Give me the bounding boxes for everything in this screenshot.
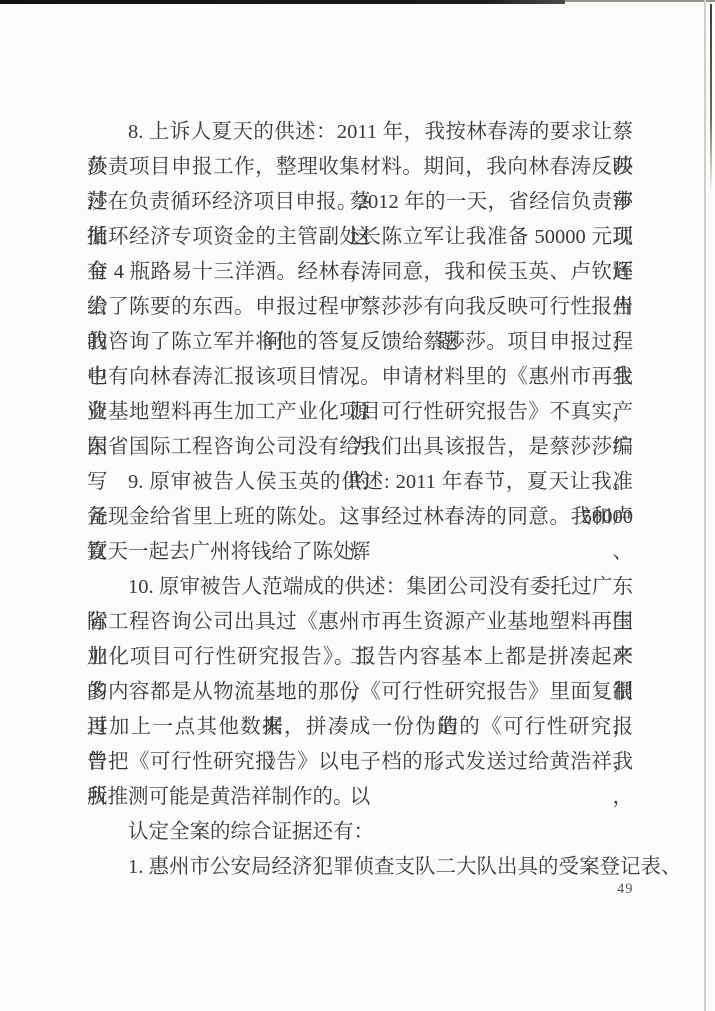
text-line: 际工程咨询公司出具过《惠州市再生资源产业基地塑料再生加工产 bbox=[87, 605, 633, 640]
text-line: 我咨询了陈立军并将他的答复反馈给蔡莎莎。项目申报过程中，我 bbox=[87, 325, 633, 360]
scan-top-edge bbox=[0, 0, 565, 4]
text-line: 业基地塑料再生加工产业化项目可行性研究报告》不真实，因为广 bbox=[87, 395, 633, 430]
text-line: 10. 原审被告人范端成的供述：集团公司没有委托过广东省国 bbox=[87, 570, 633, 605]
text-line: 东省国际工程咨询公司没有给我们出具该报告，是蔡莎莎编写的。 bbox=[87, 430, 633, 465]
text-line: 认定全案的综合证据还有： bbox=[87, 815, 633, 850]
text-line: 业化项目可行性研究报告》。报告内容基本上都是拼凑起来的，很 bbox=[87, 640, 633, 675]
text-line: 有 4 瓶路易十三洋酒。经林春涛同意，我和侯玉英、卢钦辉去广州 bbox=[87, 255, 633, 290]
text-line: 循环经济专项资金的主管副处长陈立军让我准备 50000 元现金，还 bbox=[87, 220, 633, 255]
text-line: 曾把《可行性研究报告》以电子档的形式发送过给黄浩祥，所以， bbox=[87, 745, 633, 780]
paragraph-8: 8. 上诉人夏天的供述：2011 年，我按林春涛的要求让蔡莎莎 负责项目申报工作… bbox=[87, 115, 633, 465]
paragraph-9: 9. 原审被告人侯玉英的供述: 2011 年春节，夏天让我准备 50000 元现… bbox=[87, 465, 633, 570]
document-text-block: 8. 上诉人夏天的供述：2011 年，我按林春涛的要求让蔡莎莎 负责项目申报工作… bbox=[87, 115, 633, 885]
scan-right-dark-line bbox=[710, 4, 712, 194]
paragraph-evidence-1: 1. 惠州市公安局经济犯罪侦查支队二大队出具的受案登记表、 bbox=[87, 850, 633, 885]
text-line: 1. 惠州市公安局经济犯罪侦查支队二大队出具的受案登记表、 bbox=[87, 850, 633, 885]
paragraph-10: 10. 原审被告人范端成的供述：集团公司没有委托过广东省国 际工程咨询公司出具过… bbox=[87, 570, 633, 815]
text-line: 8. 上诉人夏天的供述：2011 年，我按林春涛的要求让蔡莎莎 bbox=[87, 115, 633, 150]
text-line: 也有向林春涛汇报该项目情况。申请材料里的《惠州市再生资源产 bbox=[87, 360, 633, 395]
scan-top-edge-right bbox=[565, 0, 715, 2]
text-line: 多内容都是从物流基地的那份《可行性研究报告》里面复制过来的， bbox=[87, 675, 633, 710]
text-line: 给了陈要的东西。申报过程中蔡莎莎有向我反映可行性报告的问题， bbox=[87, 290, 633, 325]
page-number: 49 bbox=[617, 879, 634, 899]
text-line: 9. 原审被告人侯玉英的供述: 2011 年春节，夏天让我准备 50000 bbox=[87, 465, 633, 500]
text-line: 元现金给省里上班的陈处。这事经过林春涛的同意。我和卢钦辉、 bbox=[87, 500, 633, 535]
scan-right-edge-line bbox=[704, 0, 706, 1011]
text-line: 再加上一点其他数据，拼凑成一份伪造的《可行性研究报告》。我 bbox=[87, 710, 633, 745]
text-line: 负责项目申报工作，整理收集材料。期间，我向林春涛反映过蔡莎 bbox=[87, 150, 633, 185]
document-page: 8. 上诉人夏天的供述：2011 年，我按林春涛的要求让蔡莎莎 负责项目申报工作… bbox=[0, 0, 715, 1011]
text-line: 莎在负责循环经济项目申报。2012 年的一天，省经信负责审批这项 bbox=[87, 185, 633, 220]
paragraph-evidence-intro: 认定全案的综合证据还有： bbox=[87, 815, 633, 850]
